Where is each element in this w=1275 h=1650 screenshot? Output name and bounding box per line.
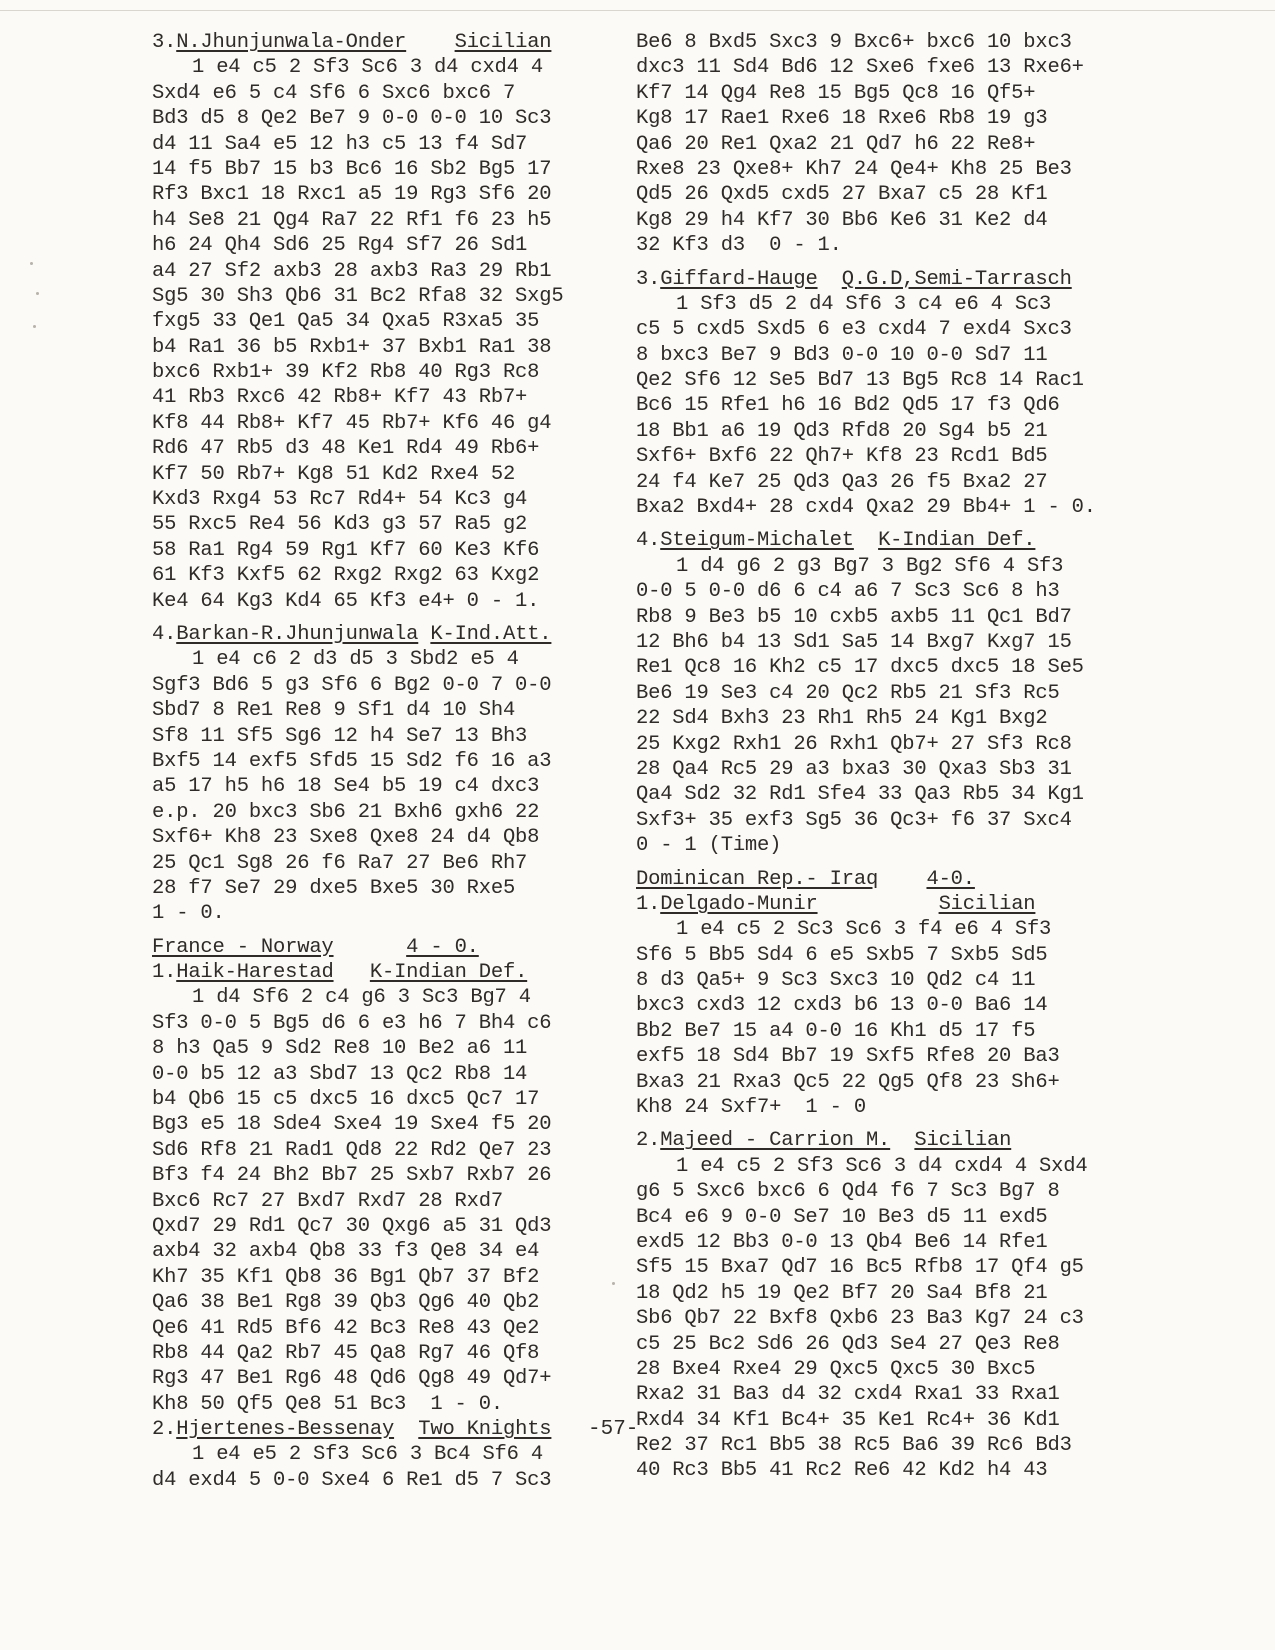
move-line: Sf6 5 Bb5 Sd4 6 e5 Sxb5 7 Sxb5 Sd5 — [636, 943, 1106, 968]
move-line: Kh8 24 Sxf7+ 1 - 0 — [636, 1095, 1106, 1120]
move-line: Rb8 44 Qa2 Rb7 45 Qa8 Rg7 46 Qf8 — [152, 1341, 592, 1366]
move-line: axb4 32 axb4 Qb8 33 f3 Qe8 34 e4 — [152, 1239, 592, 1264]
heading-gap — [818, 268, 842, 291]
match-score: 4 - 0. — [406, 936, 479, 959]
move-line: Sf8 11 Sf5 Sg6 12 h4 Se7 13 Bh3 — [152, 724, 592, 749]
game-number: 2. — [636, 1129, 660, 1152]
move-line: 25 Kxg2 Rxh1 26 Rxh1 Qb7+ 27 Sf3 Rc8 — [636, 732, 1106, 757]
move-line: bxc6 Rxb1+ 39 Kf2 Rb8 40 Rg3 Rc8 — [152, 360, 592, 385]
scan-speck — [36, 292, 39, 295]
move-line: a5 17 h5 h6 18 Se4 b5 19 c4 dxc3 — [152, 774, 592, 799]
heading-gap — [818, 893, 939, 916]
heading-gap — [334, 936, 407, 959]
scan-speck — [33, 325, 36, 328]
move-line: 8 d3 Qa5+ 9 Sc3 Sxc3 10 Qd2 c4 11 — [636, 968, 1106, 993]
move-line: Sbd7 8 Re1 Re8 9 Sf1 d4 10 Sh4 — [152, 698, 592, 723]
move-line: 0-0 5 0-0 d6 6 c4 a6 7 Sc3 Sc6 8 h3 — [636, 579, 1106, 604]
move-line: Bb2 Be7 15 a4 0-0 16 Kh1 d5 17 f5 — [636, 1019, 1106, 1044]
move-line: Sgf3 Bd6 5 g3 Sf6 6 Bg2 0-0 7 0-0 — [152, 673, 592, 698]
move-line: Rf3 Bxc1 18 Rxc1 a5 19 Rg3 Sf6 20 — [152, 182, 592, 207]
game-heading: 4.Steigum-Michalet K-Indian Def. — [636, 528, 1106, 553]
match-teams: Dominican Rep.- Iraq — [636, 868, 878, 891]
move-line: Sd6 Rf8 21 Rad1 Qd8 22 Rd2 Qe7 23 — [152, 1138, 592, 1163]
match-heading: Dominican Rep.- Iraq 4-0. — [636, 867, 1106, 892]
move-line: Rxd4 34 Kf1 Bc4+ 35 Ke1 Rc4+ 36 Kd1 — [636, 1408, 1106, 1433]
match-heading: France - Norway 4 - 0. — [152, 935, 592, 960]
move-line: Kxd3 Rxg4 53 Rc7 Rd4+ 54 Kc3 g4 — [152, 487, 592, 512]
scan-speck — [30, 262, 33, 265]
move-line: Kf7 14 Qg4 Re8 15 Bg5 Qc8 16 Qf5+ — [636, 81, 1106, 106]
heading-gap — [334, 961, 370, 984]
move-line: b4 Ra1 36 b5 Rxb1+ 37 Bxb1 Ra1 38 — [152, 335, 592, 360]
move-line: Sb6 Qb7 22 Bxf8 Qxb6 23 Ba3 Kg7 24 c3 — [636, 1306, 1106, 1331]
move-line: 61 Kf3 Kxf5 62 Rxg2 Rxg2 63 Kxg2 — [152, 563, 592, 588]
move-line: 1 e4 e5 2 Sf3 Sc6 3 Bc4 Sf6 4 — [152, 1442, 592, 1467]
move-line: Sxf6+ Kh8 23 Sxe8 Qxe8 24 d4 Qb8 — [152, 825, 592, 850]
move-line: Bxf5 14 exf5 Sfd5 15 Sd2 f6 16 a3 — [152, 749, 592, 774]
move-line: Sf3 0-0 5 Bg5 d6 6 e3 h6 7 Bh4 c6 — [152, 1011, 592, 1036]
move-line: 18 Qd2 h5 19 Qe2 Bf7 20 Sa4 Bf8 21 — [636, 1281, 1106, 1306]
move-line: 41 Rb3 Rxc6 42 Rb8+ Kf7 43 Rb7+ — [152, 385, 592, 410]
move-line: Bd3 d5 8 Qe2 Be7 9 0-0 0-0 10 Sc3 — [152, 106, 592, 131]
page-number: -57- — [588, 1418, 638, 1441]
move-line: Sf5 15 Bxa7 Qd7 16 Bc5 Rfb8 17 Qf4 g5 — [636, 1255, 1106, 1280]
move-line: Bf3 f4 24 Bh2 Bb7 25 Sxb7 Rxb7 26 — [152, 1163, 592, 1188]
right-column: Be6 8 Bxd5 Sxc3 9 Bxc6+ bxc6 10 bxc3dxc3… — [636, 30, 1106, 1484]
move-line: 1 e4 c5 2 Sc3 Sc6 3 f4 e6 4 Sf3 — [636, 917, 1106, 942]
game-heading: 3.Giffard-Hauge Q.G.D,Semi-Tarrasch — [636, 267, 1106, 292]
move-line: 1 d4 g6 2 g3 Bg7 3 Bg2 Sf6 4 Sf3 — [636, 554, 1106, 579]
game-opening: K-Ind.Att. — [430, 623, 551, 646]
game-heading: 1.Delgado-Munir Sicilian — [636, 892, 1106, 917]
move-line: 0 - 1 (Time) — [636, 833, 1106, 858]
move-line: 24 f4 Ke7 25 Qd3 Qa3 26 f5 Bxa2 27 — [636, 470, 1106, 495]
game-players: Hjertenes-Bessenay — [176, 1418, 394, 1441]
move-line: 0-0 b5 12 a3 Sbd7 13 Qc2 Rb8 14 — [152, 1062, 592, 1087]
heading-gap — [890, 1129, 914, 1152]
move-line: Sxd4 e6 5 c4 Sf6 6 Sxc6 bxc6 7 — [152, 81, 592, 106]
move-line: 58 Ra1 Rg4 59 Rg1 Kf7 60 Ke3 Kf6 — [152, 538, 592, 563]
move-line: Qa4 Sd2 32 Rd1 Sfe4 33 Qa3 Rb5 34 Kg1 — [636, 782, 1106, 807]
move-line: d4 exd4 5 0-0 Sxe4 6 Re1 d5 7 Sc3 — [152, 1468, 592, 1493]
move-line: h4 Se8 21 Qg4 Ra7 22 Rf1 f6 23 h5 — [152, 208, 592, 233]
move-line: 1 e4 c6 2 d3 d5 3 Sbd2 e5 4 — [152, 647, 592, 672]
move-line: Be6 8 Bxd5 Sxc3 9 Bxc6+ bxc6 10 bxc3 — [636, 30, 1106, 55]
heading-gap — [878, 868, 926, 891]
move-line: Qxd7 29 Rd1 Qc7 30 Qxg6 a5 31 Qd3 — [152, 1214, 592, 1239]
game-heading: 2.Hjertenes-Bessenay Two Knights — [152, 1417, 592, 1442]
move-line: 8 h3 Qa5 9 Sd2 Re8 10 Be2 a6 11 — [152, 1036, 592, 1061]
game-opening: Sicilian — [939, 893, 1036, 916]
move-line: Kh8 50 Qf5 Qe8 51 Bc3 1 - 0. — [152, 1392, 592, 1417]
move-line: Rg3 47 Be1 Rg6 48 Qd6 Qg8 49 Qd7+ — [152, 1366, 592, 1391]
move-line: Qe6 41 Rd5 Bf6 42 Bc3 Re8 43 Qe2 — [152, 1316, 592, 1341]
move-line: 1 e4 c5 2 Sf3 Sc6 3 d4 cxd4 4 Sxd4 — [636, 1154, 1106, 1179]
heading-gap — [854, 529, 878, 552]
move-line: h6 24 Qh4 Sd6 25 Rg4 Sf7 26 Sd1 — [152, 233, 592, 258]
move-line: 1 Sf3 d5 2 d4 Sf6 3 c4 e6 4 Sc3 — [636, 292, 1106, 317]
move-line: 55 Rxc5 Re4 56 Kd3 g3 57 Ra5 g2 — [152, 512, 592, 537]
move-line: 28 Bxe4 Rxe4 29 Qxc5 Qxc5 30 Bxc5 — [636, 1357, 1106, 1382]
game-opening: Two Knights — [418, 1418, 551, 1441]
heading-gap — [406, 31, 454, 54]
move-line: Re2 37 Rc1 Bb5 38 Rc5 Ba6 39 Rc6 Bd3 — [636, 1433, 1106, 1458]
move-line: 18 Bb1 a6 19 Qd3 Rfd8 20 Sg4 b5 21 — [636, 419, 1106, 444]
heading-gap — [418, 623, 430, 646]
game-players: N.Jhunjunwala-Onder — [176, 31, 406, 54]
move-line: 25 Qc1 Sg8 26 f6 Ra7 27 Be6 Rh7 — [152, 851, 592, 876]
game-opening: Sicilian — [455, 31, 552, 54]
game-heading: 4.Barkan-R.Jhunjunwala K-Ind.Att. — [152, 622, 592, 647]
move-line: exf5 18 Sd4 Bb7 19 Sxf5 Rfe8 20 Ba3 — [636, 1044, 1106, 1069]
move-line: Sg5 30 Sh3 Qb6 31 Bc2 Rfa8 32 Sxg5 — [152, 284, 592, 309]
game-players: Steigum-Michalet — [660, 529, 854, 552]
move-line: Rxe8 23 Qxe8+ Kh7 24 Qe4+ Kh8 25 Be3 — [636, 157, 1106, 182]
move-line: c5 25 Bc2 Sd6 26 Qd3 Se4 27 Qe3 Re8 — [636, 1332, 1106, 1357]
game-players: Giffard-Hauge — [660, 268, 817, 291]
move-line: Qe2 Sf6 12 Se5 Bd7 13 Bg5 Rc8 14 Rac1 — [636, 368, 1106, 393]
match-teams: France - Norway — [152, 936, 334, 959]
match-score: 4-0. — [926, 868, 974, 891]
move-line: d4 11 Sa4 e5 12 h3 c5 13 f4 Sd7 — [152, 132, 592, 157]
game-number: 2. — [152, 1418, 176, 1441]
move-line: 1 e4 c5 2 Sf3 Sc6 3 d4 cxd4 4 — [152, 55, 592, 80]
move-line: Kg8 29 h4 Kf7 30 Bb6 Ke6 31 Ke2 d4 — [636, 208, 1106, 233]
move-line: bxc3 cxd3 12 cxd3 b6 13 0-0 Ba6 14 — [636, 993, 1106, 1018]
move-line: 1 d4 Sf6 2 c4 g6 3 Sc3 Bg7 4 — [152, 985, 592, 1010]
move-line: Bxc6 Rc7 27 Bxd7 Rxd7 28 Rxd7 — [152, 1189, 592, 1214]
game-players: Barkan-R.Jhunjunwala — [176, 623, 418, 646]
move-line: Bc4 e6 9 0-0 Se7 10 Be3 d5 11 exd5 — [636, 1205, 1106, 1230]
move-line: Bxa3 21 Rxa3 Qc5 22 Qg5 Qf8 23 Sh6+ — [636, 1070, 1106, 1095]
game-number: 1. — [152, 961, 176, 984]
move-line: 28 Qa4 Rc5 29 a3 bxa3 30 Qxa3 Sb3 31 — [636, 757, 1106, 782]
move-line: Rxa2 31 Ba3 d4 32 cxd4 Rxa1 33 Rxa1 — [636, 1382, 1106, 1407]
move-line: fxg5 33 Qe1 Qa5 34 Qxa5 R3xa5 35 — [152, 309, 592, 334]
move-line: Qa6 20 Re1 Qxa2 21 Qd7 h6 22 Re8+ — [636, 132, 1106, 157]
move-line: Rd6 47 Rb5 d3 48 Ke1 Rd4 49 Rb6+ — [152, 436, 592, 461]
move-line: Bg3 e5 18 Sde4 Sxe4 19 Sxe4 f5 20 — [152, 1112, 592, 1137]
move-line: e.p. 20 bxc3 Sb6 21 Bxh6 gxh6 22 — [152, 800, 592, 825]
move-line: Re1 Qc8 16 Kh2 c5 17 dxc5 dxc5 18 Se5 — [636, 655, 1106, 680]
move-line: Sxf3+ 35 exf3 Sg5 36 Qc3+ f6 37 Sxc4 — [636, 808, 1106, 833]
move-line: 22 Sd4 Bxh3 23 Rh1 Rh5 24 Kg1 Bxg2 — [636, 706, 1106, 731]
move-line: 14 f5 Bb7 15 b3 Bc6 16 Sb2 Bg5 17 — [152, 157, 592, 182]
game-heading: 1.Haik-Harestad K-Indian Def. — [152, 960, 592, 985]
move-line: 12 Bh6 b4 13 Sd1 Sa5 14 Bxg7 Kxg7 15 — [636, 630, 1106, 655]
heading-gap — [394, 1418, 418, 1441]
move-line: Ke4 64 Kg3 Kd4 65 Kf3 e4+ 0 - 1. — [152, 589, 592, 614]
move-line: Rb8 9 Be3 b5 10 cxb5 axb5 11 Qc1 Bd7 — [636, 605, 1106, 630]
game-opening: K-Indian Def. — [878, 529, 1035, 552]
game-opening: Sicilian — [914, 1129, 1011, 1152]
move-line: b4 Qb6 15 c5 dxc5 16 dxc5 Qc7 17 — [152, 1087, 592, 1112]
game-number: 4. — [152, 623, 176, 646]
game-number: 4. — [636, 529, 660, 552]
move-line: Qa6 38 Be1 Rg8 39 Qb3 Qg6 40 Qb2 — [152, 1290, 592, 1315]
move-line: a4 27 Sf2 axb3 28 axb3 Ra3 29 Rb1 — [152, 259, 592, 284]
move-line: Qd5 26 Qxd5 cxd5 27 Bxa7 c5 28 Kf1 — [636, 182, 1106, 207]
scan-speck — [612, 1282, 615, 1285]
move-line: Bxa2 Bxd4+ 28 cxd4 Qxa2 29 Bb4+ 1 - 0. — [636, 495, 1106, 520]
move-line: dxc3 11 Sd4 Bd6 12 Sxe6 fxe6 13 Rxe6+ — [636, 55, 1106, 80]
move-line: c5 5 cxd5 Sxd5 6 e3 cxd4 7 exd4 Sxc3 — [636, 317, 1106, 342]
move-line: 1 - 0. — [152, 901, 592, 926]
game-opening: Q.G.D,Semi-Tarrasch — [842, 268, 1072, 291]
move-line: g6 5 Sxc6 bxc6 6 Qd4 f6 7 Sc3 Bg7 8 — [636, 1179, 1106, 1204]
game-number: 3. — [636, 268, 660, 291]
page-top-edge — [0, 10, 1275, 11]
move-line: 32 Kf3 d3 0 - 1. — [636, 233, 1106, 258]
game-heading: 2.Majeed - Carrion M. Sicilian — [636, 1128, 1106, 1153]
move-line: Bc6 15 Rfe1 h6 16 Bd2 Qd5 17 f3 Qd6 — [636, 393, 1106, 418]
game-players: Delgado-Munir — [660, 893, 817, 916]
move-line: Kf7 50 Rb7+ Kg8 51 Kd2 Rxe4 52 — [152, 462, 592, 487]
move-line: Sxf6+ Bxf6 22 Qh7+ Kf8 23 Rcd1 Bd5 — [636, 444, 1106, 469]
move-line: Kf8 44 Rb8+ Kf7 45 Rb7+ Kf6 46 g4 — [152, 411, 592, 436]
move-line: Kh7 35 Kf1 Qb8 36 Bg1 Qb7 37 Bf2 — [152, 1265, 592, 1290]
move-line: 28 f7 Se7 29 dxe5 Bxe5 30 Rxe5 — [152, 876, 592, 901]
game-number: 1. — [636, 893, 660, 916]
move-line: Be6 19 Se3 c4 20 Qc2 Rb5 21 Sf3 Rc5 — [636, 681, 1106, 706]
left-column: 3.N.Jhunjunwala-Onder Sicilian1 e4 c5 2 … — [152, 30, 592, 1493]
game-players: Majeed - Carrion M. — [660, 1129, 890, 1152]
move-line: exd5 12 Bb3 0-0 13 Qb4 Be6 14 Rfe1 — [636, 1230, 1106, 1255]
game-heading: 3.N.Jhunjunwala-Onder Sicilian — [152, 30, 592, 55]
move-line: Kg8 17 Rae1 Rxe6 18 Rxe6 Rb8 19 g3 — [636, 106, 1106, 131]
game-number: 3. — [152, 31, 176, 54]
move-line: 8 bxc3 Be7 9 Bd3 0-0 10 0-0 Sd7 11 — [636, 343, 1106, 368]
game-opening: K-Indian Def. — [370, 961, 527, 984]
move-line: 40 Rc3 Bb5 41 Rc2 Re6 42 Kd2 h4 43 — [636, 1458, 1106, 1483]
game-players: Haik-Harestad — [176, 961, 333, 984]
